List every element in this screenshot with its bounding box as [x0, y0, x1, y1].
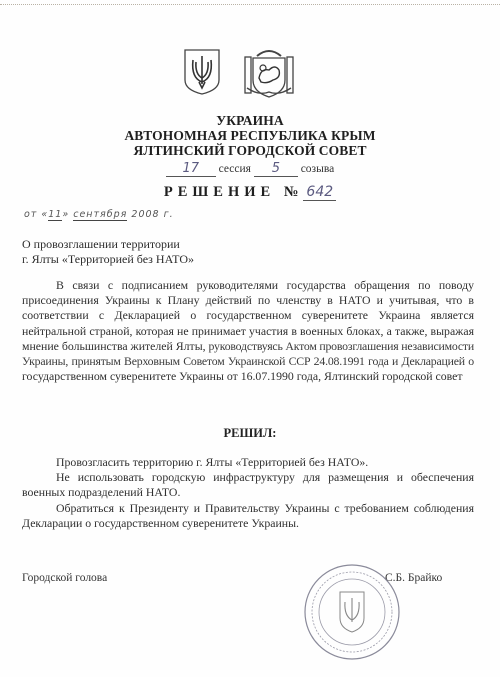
country-heading: УКРАИНА — [0, 113, 500, 128]
document-page: УКРАИНА АВТОНОМНАЯ РЕСПУБЛИКА КРЫМ ЯЛТИН… — [0, 0, 500, 677]
official-seal-icon — [302, 562, 402, 662]
date-day: 11 — [48, 209, 62, 221]
decision-title: РЕШЕНИЕ №642 — [0, 184, 500, 201]
subject-line-1: О провозглашении территории — [22, 237, 194, 252]
crimea-coat-of-arms-icon — [243, 48, 295, 100]
resolution-item: Не использовать городскую инфраструктуру… — [22, 470, 474, 500]
signatory-title: Городской голова — [22, 572, 107, 584]
resolved-heading: РЕШИЛ: — [0, 426, 500, 441]
date-line: от «11» сентября 2008 г. — [24, 209, 174, 220]
decision-subject: О провозглашении территории г. Ялты «Тер… — [22, 237, 194, 267]
emblems — [183, 48, 313, 104]
preamble-text-2: государственном суверенитете Украины от … — [22, 369, 463, 383]
session-number: 17 — [166, 161, 216, 177]
document-header: УКРАИНА АВТОНОМНАЯ РЕСПУБЛИКА КРЫМ ЯЛТИН… — [0, 113, 500, 158]
date-month: сентября — [73, 209, 127, 221]
torn-paper-edge — [0, 4, 500, 9]
resolution-items: Провозгласить территорию г. Ялты «Террит… — [22, 455, 474, 531]
council-heading: ЯЛТИНСКИЙ ГОРОДСКОЙ СОВЕТ — [0, 143, 500, 158]
session-line: 17 сессия 5 созыва — [0, 161, 500, 177]
date-mid: » — [62, 209, 69, 220]
resolution-item: Обратиться к Президенту и Правительству … — [22, 501, 474, 531]
convocation-number: 5 — [254, 161, 298, 177]
ukraine-coat-of-arms-icon — [183, 48, 221, 96]
date-year: 2008 г. — [131, 209, 173, 220]
preamble-paragraph: В связи с подписанием руководителями гос… — [22, 278, 474, 384]
republic-heading: АВТОНОМНАЯ РЕСПУБЛИКА КРЫМ — [0, 128, 500, 143]
decision-number: 642 — [303, 184, 336, 201]
preamble: В связи с подписанием руководителями гос… — [22, 278, 474, 384]
decision-label: РЕШЕНИЕ № — [164, 184, 304, 200]
subject-line-2: г. Ялты «Территорией без НАТО» — [22, 252, 194, 267]
convocation-label: созыва — [301, 163, 335, 175]
date-prefix: от « — [24, 209, 48, 220]
session-label: сессия — [219, 163, 251, 175]
resolution-item: Провозгласить территорию г. Ялты «Террит… — [22, 455, 474, 470]
